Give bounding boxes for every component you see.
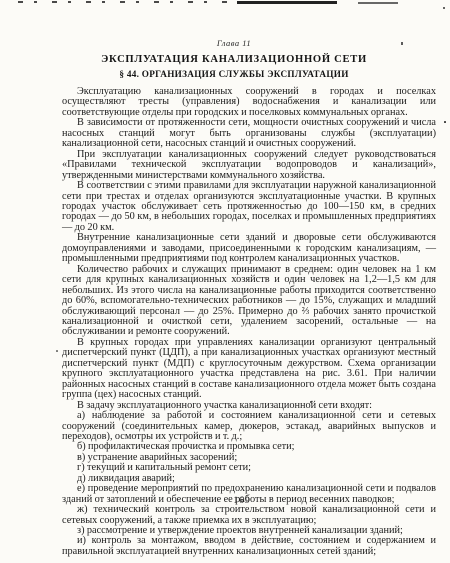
scan-noise-dot (443, 7, 445, 9)
task-item: а) наблюдение за работой и состоянием ка… (62, 411, 436, 442)
paragraph: Эксплуатацию канализационных сооружений … (62, 87, 436, 118)
scan-noise-dot (56, 350, 58, 352)
scan-artifact-top-line (237, 1, 337, 4)
section-heading: § 44. ОРГАНИЗАЦИЯ СЛУЖБЫ ЭКСПЛУАТАЦИИ (32, 69, 436, 79)
paragraph: Внутренние канализационные сети зданий и… (62, 233, 436, 264)
scan-artifact-top-line-2 (358, 2, 398, 4)
task-item: ж) технический контроль за строительство… (62, 505, 436, 526)
scanned-page: Глава 11 ЭКСПЛУАТАЦИЯ КАНАЛИЗАЦИОННОЙ СЕ… (0, 0, 450, 563)
paragraph: При эксплуатации канализационных сооруже… (62, 150, 436, 181)
page-title: ЭКСПЛУАТАЦИЯ КАНАЛИЗАЦИОННОЙ СЕТИ (32, 54, 436, 65)
page-number: 169 (62, 496, 422, 506)
page-content: Глава 11 ЭКСПЛУАТАЦИЯ КАНАЛИЗАЦИОННОЙ СЕ… (62, 38, 436, 557)
scan-noise-dot (444, 121, 446, 123)
paragraph: Количество рабочих и служащих принимают … (62, 265, 436, 338)
task-item: и) контроль за монтажом, вводом в действ… (62, 536, 436, 557)
paragraph: В соответствии с этими правилами для экс… (62, 181, 436, 233)
chapter-heading: Глава 11 (32, 38, 436, 48)
paragraph: В зависимости от протяженности сети, мощ… (62, 118, 436, 149)
paragraph: В крупных городах при управлениях канали… (62, 338, 436, 401)
